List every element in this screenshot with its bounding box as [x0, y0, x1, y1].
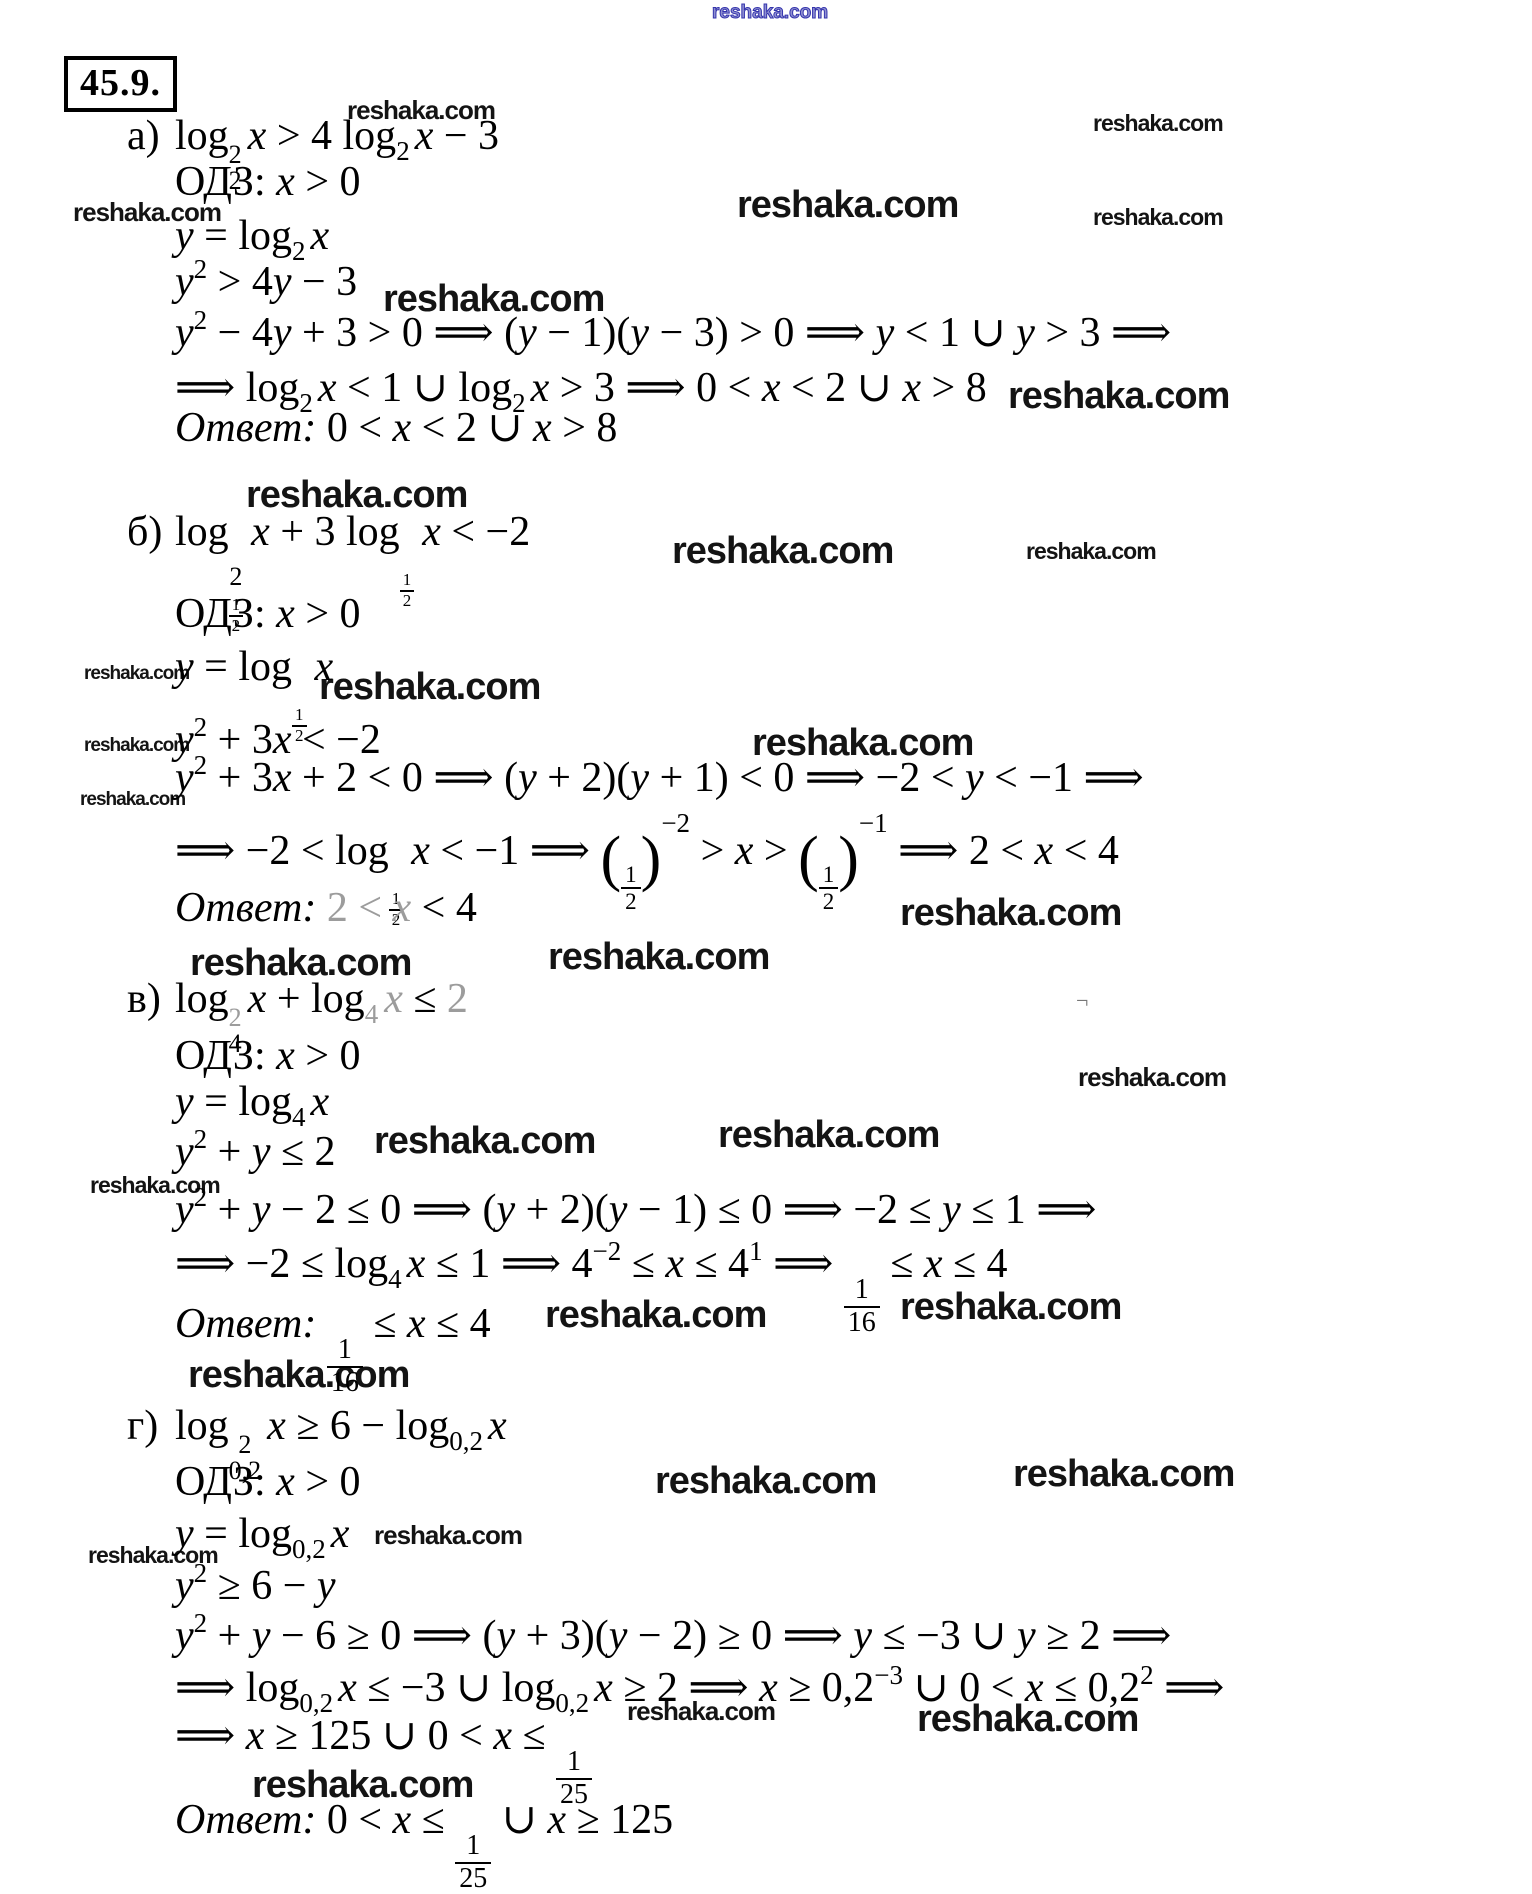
watermark: reshaka.com	[84, 736, 189, 755]
watermark: reshaka.com	[1008, 377, 1229, 415]
problem-number-box: 45.9.	[64, 56, 177, 112]
watermark: reshaka.com	[374, 1122, 595, 1160]
math-line-g4: y2 ≥ 6 − y	[175, 1558, 336, 1610]
math-line-b2: ОДЗ: x > 0	[175, 590, 361, 638]
watermark: reshaka.com	[80, 790, 185, 809]
math-line-v5: y2 + y − 2 ≤ 0 ⟹ (y + 2)(y − 1) ≤ 0 ⟹ −2…	[175, 1182, 1097, 1234]
watermark: reshaka.com	[718, 1116, 939, 1154]
math-line-a2: ОДЗ: x > 0	[175, 158, 361, 206]
watermark: reshaka.com	[1093, 206, 1223, 229]
math-line-v2: ОДЗ: x > 0	[175, 1032, 361, 1080]
math-line-b7: Ответ: 2 < x < 4	[175, 884, 477, 932]
math-line-g8: Ответ: 0 < x ≤ 125 ∪ x ≥ 125	[175, 1796, 673, 1894]
watermark: reshaka.com	[84, 664, 189, 683]
math-line-b5: y2 + 3x + 2 < 0 ⟹ (y + 2)(y + 1) < 0 ⟹ −…	[175, 750, 1144, 802]
watermark: reshaka.com	[548, 938, 769, 976]
watermark: reshaka.com	[655, 1462, 876, 1500]
math-line-g3: y = log0,2x	[175, 1510, 349, 1565]
watermark: reshaka.com	[712, 3, 828, 22]
watermark: reshaka.com	[1078, 1064, 1226, 1090]
watermark: reshaka.com	[319, 668, 540, 706]
problem-number: 45.9.	[80, 62, 161, 104]
watermark: reshaka.com	[672, 532, 893, 570]
math-line-g5: y2 + y − 6 ≥ 0 ⟹ (y + 3)(y − 2) ≥ 0 ⟹ y …	[175, 1608, 1171, 1660]
stray-mark: ¬	[1076, 990, 1088, 1012]
math-line-g2: ОДЗ: x > 0	[175, 1458, 361, 1506]
watermark: reshaka.com	[374, 1522, 522, 1548]
math-line-v7: Ответ: 116 ≤ x ≤ 4	[175, 1300, 491, 1399]
math-line-g6: ⟹ log0,2x ≤ −3 ∪ log0,2x ≥ 2 ⟹ x ≥ 0,2−3…	[175, 1660, 1224, 1719]
math-line-a7: Ответ: 0 < x < 2 ∪ x > 8	[175, 404, 617, 452]
math-line-v4: y2 + y ≤ 2	[175, 1124, 336, 1176]
watermark: reshaka.com	[1013, 1455, 1234, 1493]
math-line-a5: y2 − 4y + 3 > 0 ⟹ (y − 1)(y − 3) > 0 ⟹ y…	[175, 305, 1171, 357]
watermark: reshaka.com	[1093, 112, 1223, 135]
document-page: 45.9. reshaka.comreshaka.comreshaka.comr…	[0, 0, 1532, 1894]
watermark: reshaka.com	[737, 186, 958, 224]
math-line-a4: y2 > 4y − 3	[175, 254, 357, 306]
watermark: reshaka.com	[1026, 540, 1156, 563]
